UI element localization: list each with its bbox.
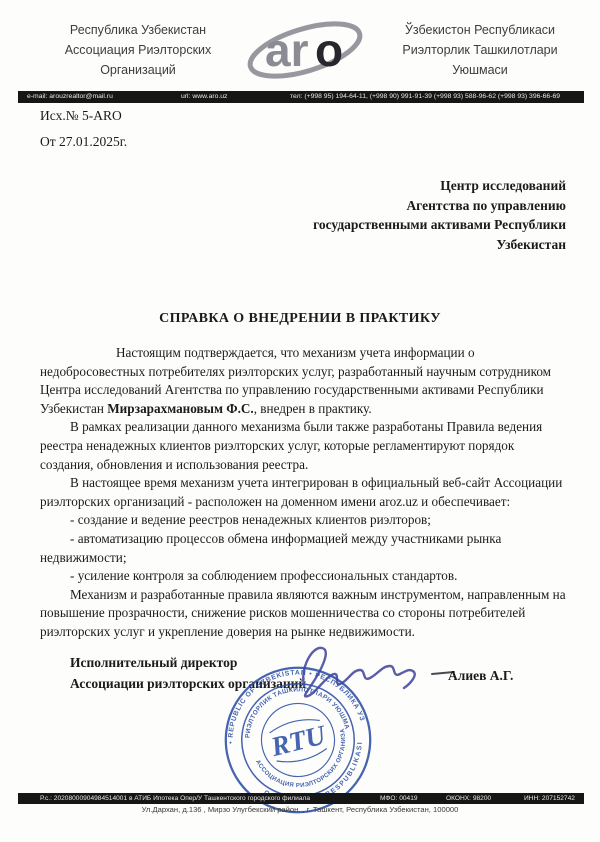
- letter-page: Республика Узбекистан Ассоциация Риэлтор…: [0, 0, 600, 842]
- paragraph-1-post: , внедрен в практику.: [254, 401, 372, 416]
- org-name-uz-line3: Уюшмаси: [382, 60, 578, 80]
- org-name-uz-line1: Ўзбекистон Республикаси: [382, 20, 578, 40]
- bank-okonx: ОКОНХ: 98200: [446, 793, 491, 804]
- bank-details-strip: Р.с.: 20208000904984514001 в АТИБ Ипотек…: [18, 793, 584, 804]
- signer-name: Алиев А.Г.: [448, 668, 513, 684]
- org-name-uzbek: Ўзбекистон Республикаси Риэлторлик Ташки…: [382, 20, 578, 80]
- org-name-ru-line3: Организаций: [58, 60, 218, 80]
- org-name-ru-line2: Ассоциация Риэлторских: [58, 40, 218, 60]
- aro-logo-icon: ar o: [243, 8, 367, 90]
- paragraph-3: В настоящее время механизм учета интегри…: [40, 474, 567, 511]
- org-name-russian: Республика Узбекистан Ассоциация Риэлтор…: [58, 20, 218, 80]
- logo-dark-letter: o: [315, 24, 343, 76]
- letter-body: Настоящим подтверждается, что механизм у…: [40, 344, 567, 642]
- recipient-line2: Агентства по управлению: [236, 196, 566, 216]
- bank-mfo: МФО: 00419: [380, 793, 418, 804]
- recipient-block: Центр исследований Агентства по управлен…: [236, 176, 566, 254]
- letter-date: От 27.01.2025г.: [40, 134, 127, 150]
- outgoing-number: Исх.№ 5-ARO: [40, 108, 122, 124]
- logo-gray-letters: ar: [265, 24, 309, 76]
- researcher-name: Мирзарахмановым Ф.С.: [107, 401, 253, 416]
- seal-monogram: RTU: [267, 719, 330, 762]
- paragraph-2: В рамках реализации данного механизма бы…: [40, 418, 567, 474]
- contact-phones: тел: (+998 95) 194-64-11, (+998 90) 991-…: [290, 91, 560, 103]
- org-name-uz-line2: Риэлторлик Ташкилотлари: [382, 40, 578, 60]
- document-title: СПРАВКА О ВНЕДРЕНИИ В ПРАКТИКУ: [0, 311, 600, 327]
- bank-inn: ИНН: 207152742: [524, 793, 575, 804]
- contact-strip: e-mail: arouzrealtor@mail.ru url: www.ar…: [18, 91, 584, 103]
- recipient-line4: Узбекистан: [236, 235, 566, 255]
- paragraph-1: Настоящим подтверждается, что механизм у…: [40, 344, 567, 418]
- bank-account: Р.с.: 20208000904984514001 в АТИБ Ипотек…: [40, 793, 310, 804]
- recipient-line1: Центр исследований: [236, 176, 566, 196]
- bullet-item-2: - автоматизацию процессов обмена информа…: [40, 530, 567, 567]
- paragraph-4: Механизм и разработанные правила являютс…: [40, 586, 567, 642]
- org-name-ru-line1: Республика Узбекистан: [58, 20, 218, 40]
- postal-address: Ул.Дархан, д.136 , Мирзо Улугбекский рай…: [0, 805, 600, 814]
- bullet-item-3: - усиление контроля за соблюдением профе…: [40, 567, 567, 586]
- recipient-line3: государственными активами Республики: [236, 215, 566, 235]
- contact-url: url: www.aro.uz: [181, 91, 227, 103]
- contact-email: e-mail: arouzrealtor@mail.ru: [27, 91, 113, 103]
- bullet-item-1: - создание и ведение реестров ненадежных…: [40, 511, 567, 530]
